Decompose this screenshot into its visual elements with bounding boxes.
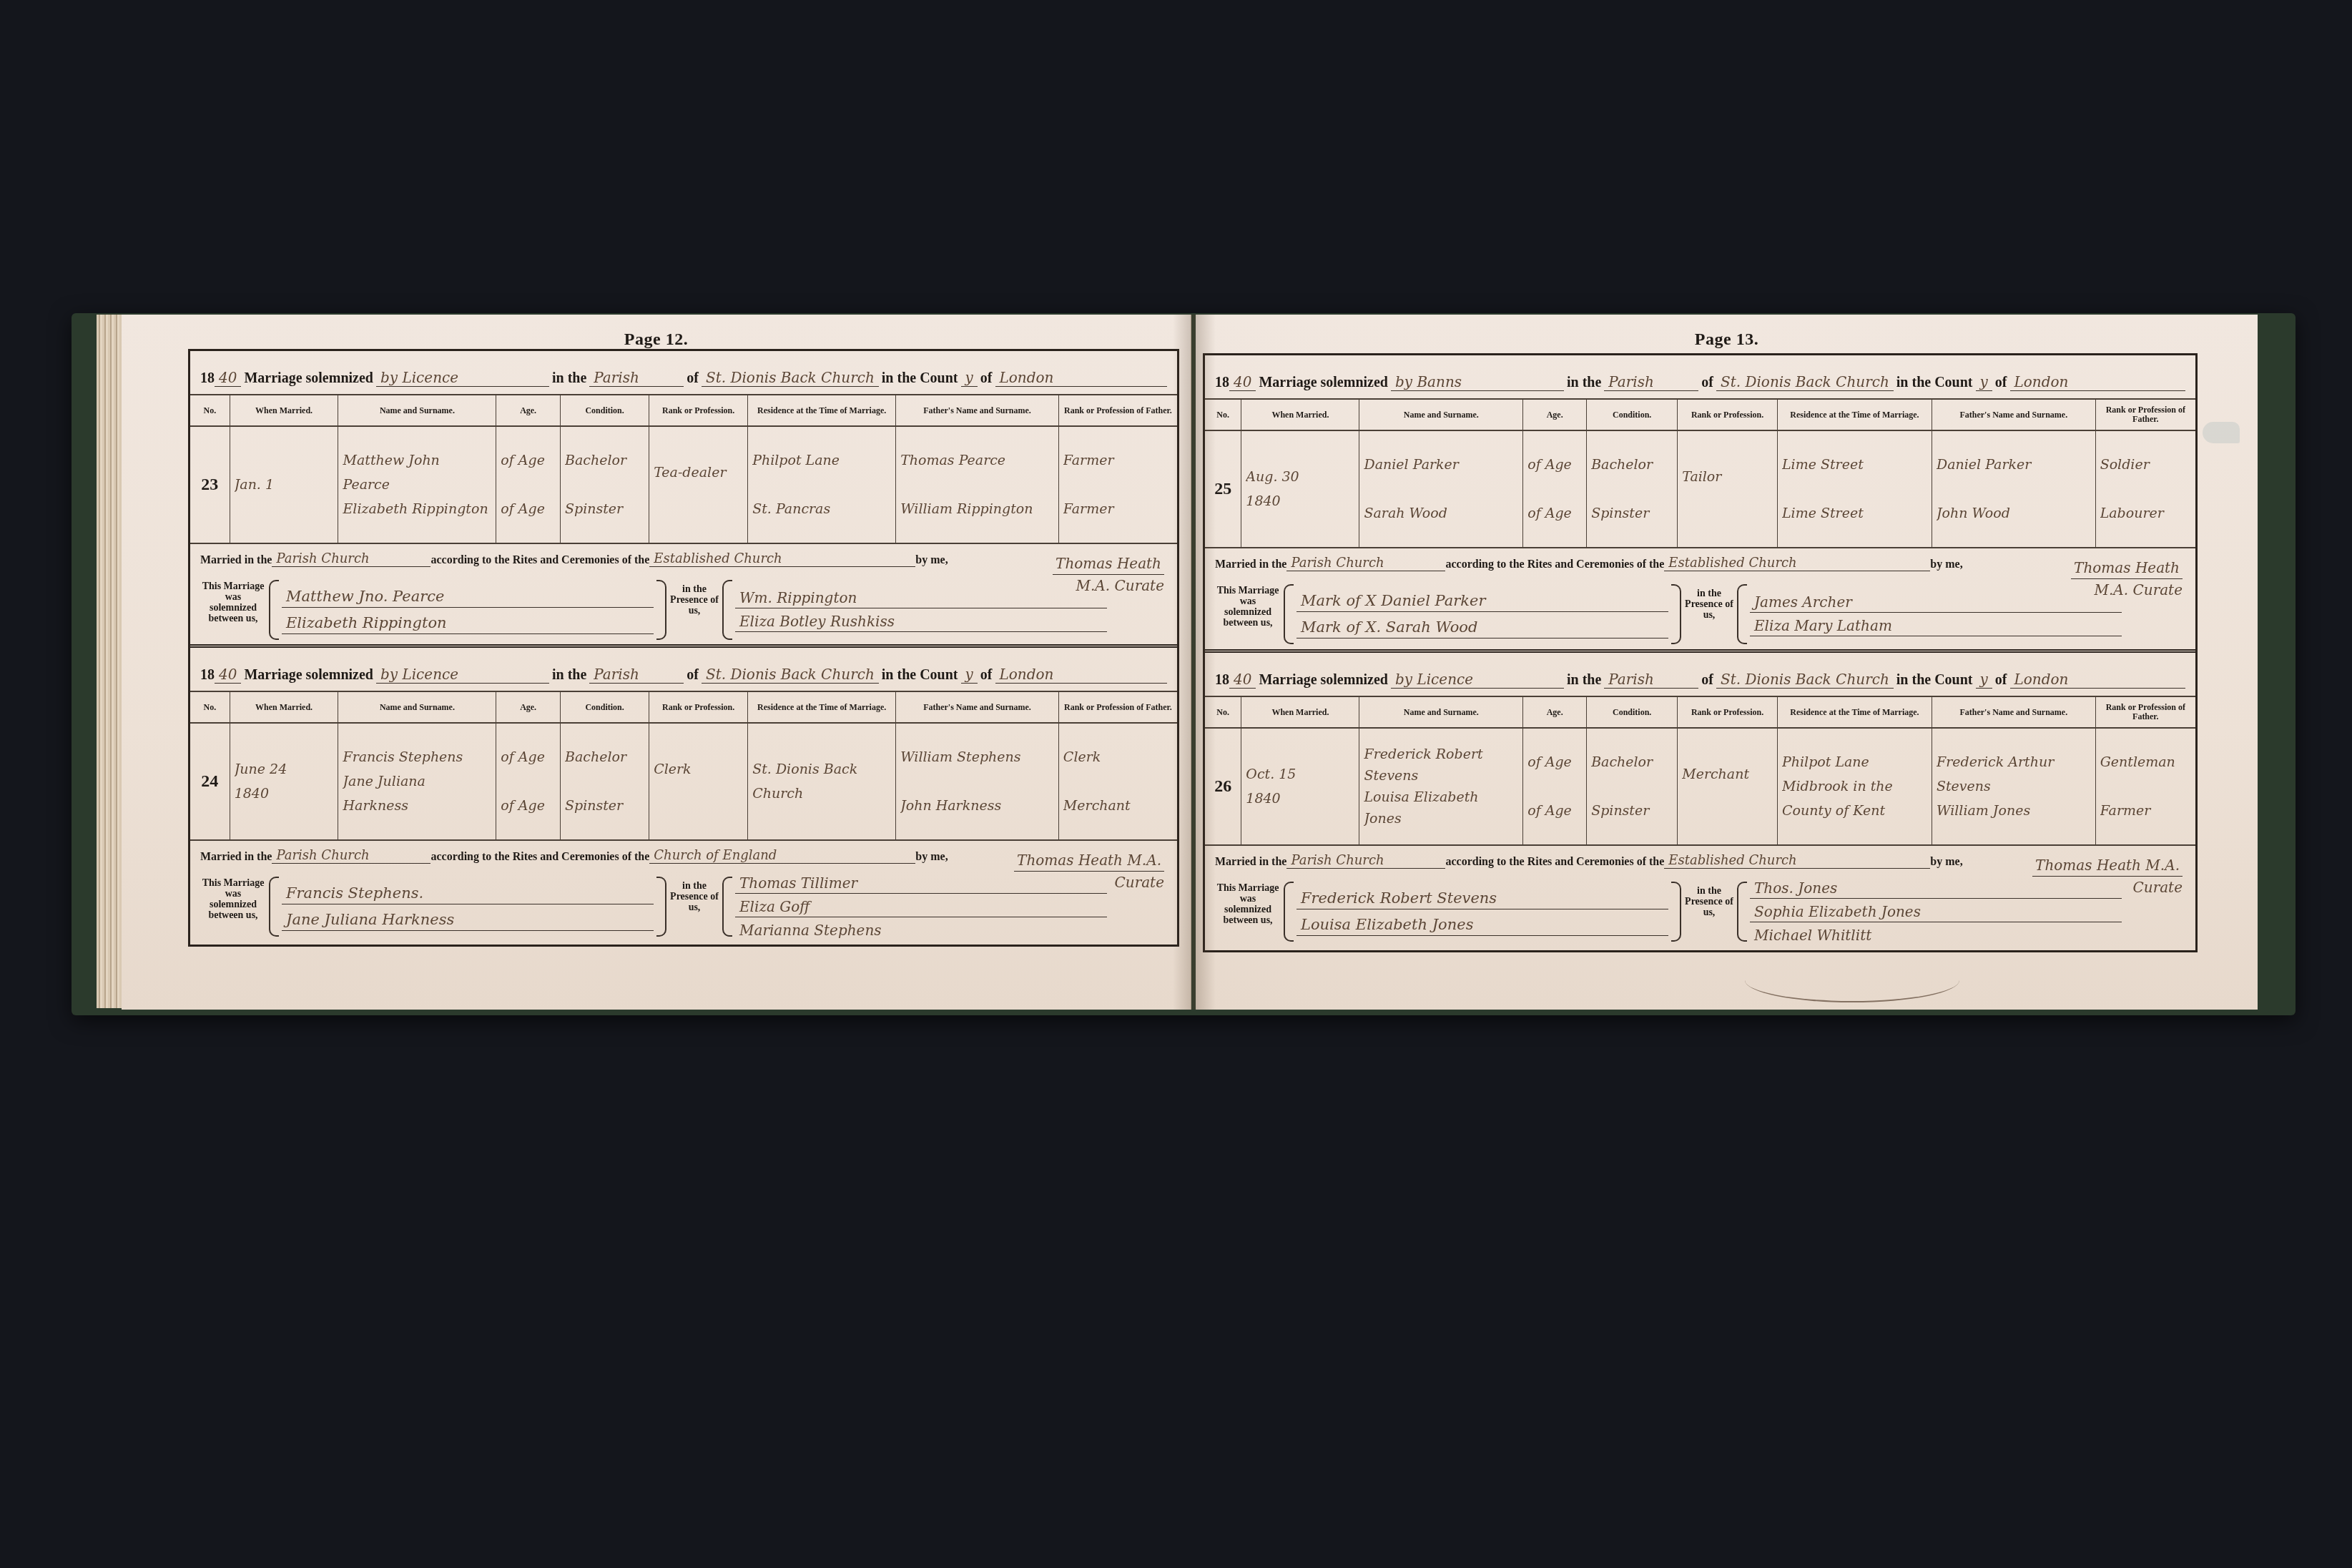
conditions: BachelorSpinster xyxy=(1587,430,1678,547)
conditions: BachelorSpinster xyxy=(1587,728,1678,844)
brace-icon xyxy=(722,877,732,937)
residences: Philpot LaneSt. Pancras xyxy=(748,426,896,543)
professions: Clerk xyxy=(649,723,748,839)
professions: Tailor xyxy=(1678,430,1778,547)
year-suffix: 40 xyxy=(1229,373,1256,391)
table-row: 25 Aug. 301840 Daniel ParkerSarah Wood o… xyxy=(1205,430,2195,547)
brace-icon xyxy=(1284,882,1294,942)
witness-signatures: Wm. Rippington Eliza Botley Rushkiss xyxy=(735,576,1107,644)
conditions: BachelorSpinster xyxy=(560,723,649,839)
right-page: Page 13. 1840Marriage solemnized by Bann… xyxy=(1196,315,2258,1010)
column-headers: No. When Married. Name and Surname. Age.… xyxy=(1205,697,2195,728)
signature-block: This Marriage was solemnized between us,… xyxy=(1205,576,2195,653)
entry-headline: 1840Marriage solemnized by Licence in th… xyxy=(1205,653,2195,697)
marriage-entry: 1840Marriage solemnized by Licence in th… xyxy=(190,648,1177,945)
entry-headline: 1840Marriage solemnized by Licence in th… xyxy=(190,351,1177,395)
parish-type: Parish xyxy=(1604,671,1698,689)
brace-icon xyxy=(1671,882,1681,942)
solemnized-by: by Licence xyxy=(1391,671,1564,689)
when-married: Oct. 151840 xyxy=(1241,728,1359,844)
names: Francis StephensJane JulianaHarkness xyxy=(338,723,496,839)
father-professions: SoldierLabourer xyxy=(2095,430,2195,547)
father-professions: ClerkMerchant xyxy=(1058,723,1177,839)
county-name: London xyxy=(2010,671,2186,689)
names: Matthew JohnPearceElizabeth Rippington xyxy=(338,426,496,543)
entry-number: 23 xyxy=(190,426,230,543)
county-name: London xyxy=(995,666,1168,684)
ages: of Ageof Age xyxy=(496,426,561,543)
brace-icon xyxy=(1671,584,1681,644)
when-married: June 241840 xyxy=(230,723,338,839)
when-married: Aug. 301840 xyxy=(1241,430,1359,547)
column-headers: No. When Married. Name and Surname. Age.… xyxy=(190,395,1177,426)
parish-type: Parish xyxy=(589,666,684,684)
faded-stamp-mark xyxy=(2203,422,2240,443)
party-signatures: Frederick Robert Stevens Louisa Elizabet… xyxy=(1296,877,1668,946)
county-name: London xyxy=(2010,373,2186,391)
married-in-line: Married in the Parish Church according t… xyxy=(1205,547,2195,576)
book-gutter xyxy=(1173,315,1216,1010)
brace-icon xyxy=(656,580,666,640)
brace-icon xyxy=(269,580,279,640)
officiant-signature: Thomas Heath M.A. Curate xyxy=(1053,553,1164,596)
married-in-line: Married in the Parish Church according t… xyxy=(190,543,1177,571)
brace-icon xyxy=(722,580,732,640)
signature-block: This Marriage was solemnized between us,… xyxy=(1205,873,2195,950)
residences: Philpot LaneMidbrook in theCounty of Ken… xyxy=(1777,728,1932,844)
parish-type: Parish xyxy=(1604,373,1698,391)
professions: Merchant xyxy=(1678,728,1778,844)
table-row: 24 June 241840 Francis StephensJane Juli… xyxy=(190,723,1177,839)
entry-table: No. When Married. Name and Surname. Age.… xyxy=(1205,400,2195,547)
when-married: Jan. 1 xyxy=(230,426,338,543)
brace-icon xyxy=(269,877,279,937)
entry-table: No. When Married. Name and Surname. Age.… xyxy=(190,395,1177,543)
entry-headline: 1840Marriage solemnized by Banns in the … xyxy=(1205,355,2195,400)
residences: St. Dionis BackChurch xyxy=(748,723,896,839)
table-row: 26 Oct. 151840 Frederick RobertStevensLo… xyxy=(1205,728,2195,844)
register-form: 1840Marriage solemnized by Banns in the … xyxy=(1203,353,2198,952)
parish-type: Parish xyxy=(589,369,684,387)
year-suffix: 40 xyxy=(215,666,241,684)
year-suffix: 40 xyxy=(215,369,241,387)
solemnized-by: by Banns xyxy=(1391,373,1564,391)
parish-name: St. Dionis Back Church xyxy=(1716,671,1894,689)
parish-name: St. Dionis Back Church xyxy=(1716,373,1894,391)
names: Frederick RobertStevensLouisa ElizabethJ… xyxy=(1359,728,1523,844)
party-signatures: Matthew Jno. Pearce Elizabeth Rippington xyxy=(282,576,654,644)
page-number: Page 13. xyxy=(1196,330,2258,350)
entry-table: No. When Married. Name and Surname. Age.… xyxy=(1205,697,2195,844)
ages: of Ageof Age xyxy=(496,723,561,839)
fathers: Thomas PearceWilliam Rippington xyxy=(896,426,1059,543)
ages: of Ageof Age xyxy=(1523,728,1587,844)
column-headers: No. When Married. Name and Surname. Age.… xyxy=(190,692,1177,723)
fathers: Daniel ParkerJohn Wood xyxy=(1932,430,2095,547)
father-professions: FarmerFarmer xyxy=(1058,426,1177,543)
year-suffix: 40 xyxy=(1229,671,1256,689)
father-professions: GentlemanFarmer xyxy=(2095,728,2195,844)
column-headers: No. When Married. Name and Surname. Age.… xyxy=(1205,400,2195,430)
party-signatures: Francis Stephens. Jane Juliana Harkness xyxy=(282,872,654,941)
parish-name: St. Dionis Back Church xyxy=(702,666,879,684)
brace-icon xyxy=(1737,882,1747,942)
officiant-signature: Thomas Heath M.A. Curate xyxy=(2032,854,2183,898)
ages: of Ageof Age xyxy=(1523,430,1587,547)
brace-icon xyxy=(656,877,666,937)
names: Daniel ParkerSarah Wood xyxy=(1359,430,1523,547)
marriage-entry: 1840Marriage solemnized by Banns in the … xyxy=(1205,355,2195,653)
entry-table: No. When Married. Name and Surname. Age.… xyxy=(190,692,1177,839)
residences: Lime StreetLime Street xyxy=(1777,430,1932,547)
conditions: BachelorSpinster xyxy=(560,426,649,543)
marriage-entry: 1840Marriage solemnized by Licence in th… xyxy=(190,351,1177,648)
county-name: London xyxy=(995,369,1168,387)
witness-signatures: James Archer Eliza Mary Latham xyxy=(1750,580,2122,649)
officiant-signature: Thomas Heath M.A. Curate xyxy=(2071,557,2183,601)
officiant-signature: Thomas Heath M.A. Curate xyxy=(1014,849,1164,893)
entry-headline: 1840Marriage solemnized by Licence in th… xyxy=(190,648,1177,692)
fathers: Frederick ArthurStevensWilliam Jones xyxy=(1932,728,2095,844)
marriage-entry: 1840Marriage solemnized by Licence in th… xyxy=(1205,653,2195,950)
left-page: Page 12. 1840Marriage solemnized by Lice… xyxy=(122,315,1191,1010)
entry-number: 24 xyxy=(190,723,230,839)
table-row: 23 Jan. 1 Matthew JohnPearceElizabeth Ri… xyxy=(190,426,1177,543)
signature-block: This Marriage was solemnized between us,… xyxy=(190,868,1177,945)
page-number: Page 12. xyxy=(122,330,1191,350)
brace-icon xyxy=(1737,584,1747,644)
page-edges xyxy=(97,315,125,1008)
signature-block: This Marriage was solemnized between us,… xyxy=(190,571,1177,649)
solemnized-by: by Licence xyxy=(376,369,549,387)
party-signatures: Mark of X Daniel Parker Mark of X. Sarah… xyxy=(1296,580,1668,649)
brace-icon xyxy=(1284,584,1294,644)
professions: Tea-dealer xyxy=(649,426,748,543)
fathers: William StephensJohn Harkness xyxy=(896,723,1059,839)
parish-name: St. Dionis Back Church xyxy=(702,369,879,387)
solemnized-by: by Licence xyxy=(376,666,549,684)
register-form: 1840Marriage solemnized by Licence in th… xyxy=(188,349,1179,947)
signature-flourish xyxy=(1745,958,1959,1002)
